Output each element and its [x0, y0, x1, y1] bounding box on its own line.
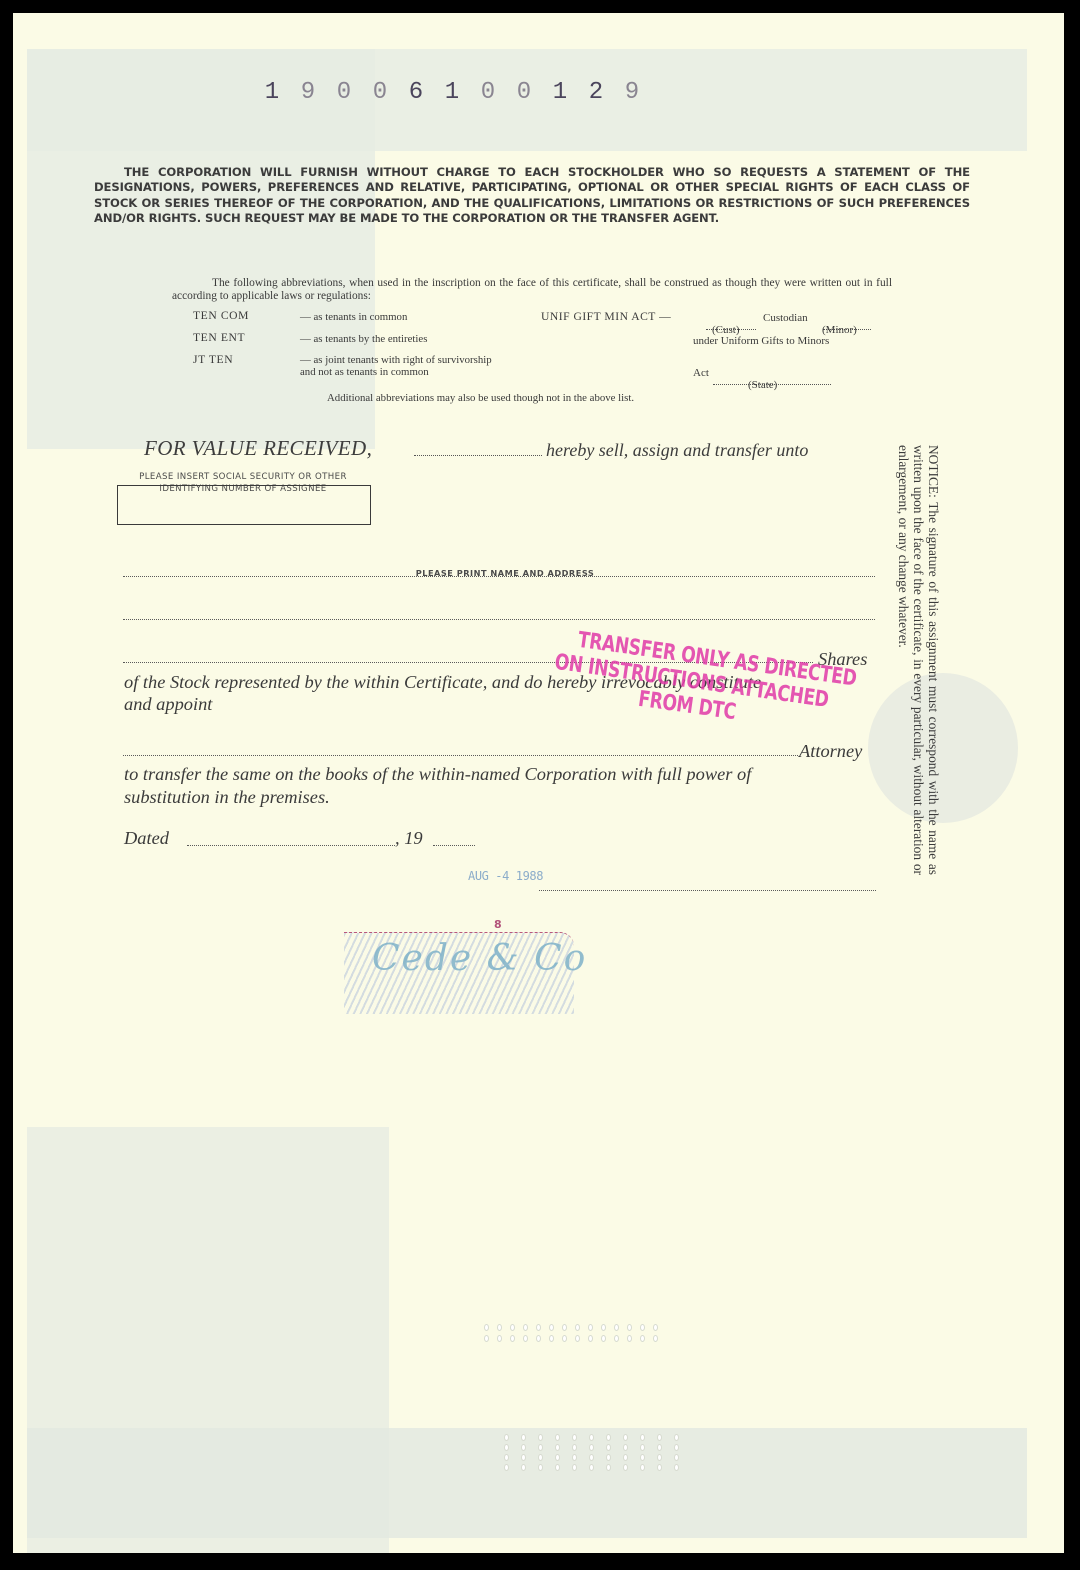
serial-digit: 1	[261, 79, 283, 106]
signature-notice: NOTICE: The signature of this assignment…	[896, 445, 940, 875]
and-appoint-text: and appoint	[124, 693, 212, 715]
transfer-books-text-2: substitution in the premises.	[124, 786, 330, 808]
serial-number: 1 9 0 0 6 1 0 0 1 2 9	[261, 79, 681, 149]
unif-gift-label: UNIF GIFT MIN ACT —	[541, 311, 671, 323]
serial-digit: 9	[621, 79, 643, 106]
perforation-marks-lower	[505, 1435, 680, 1470]
signature-mark: 8	[494, 918, 502, 931]
serial-digit: 0	[333, 79, 355, 106]
attorney-label: Attorney	[799, 740, 862, 762]
serial-digit: 0	[477, 79, 499, 106]
act-label: Act	[693, 367, 709, 379]
print-name-address-label: PLEASE PRINT NAME AND ADDRESS	[380, 568, 630, 578]
attorney-line[interactable]	[123, 755, 798, 756]
perforation-marks-upper	[485, 1325, 659, 1341]
serial-digit: 1	[441, 79, 463, 106]
year-prefix: , 19	[395, 827, 423, 849]
abbr-additional: Additional abbreviations may also be use…	[327, 392, 634, 404]
custodian-label: Custodian	[763, 312, 808, 324]
ssn-label-line-1: PLEASE INSERT SOCIAL SECURITY OR OTHER	[113, 472, 373, 484]
abbr-code-ten-com: TEN COM	[193, 310, 249, 322]
abbreviations-intro: The following abbreviations, when used i…	[172, 277, 892, 302]
serial-digit: 2	[585, 79, 607, 106]
serial-digit: 0	[513, 79, 535, 106]
transfer-books-text-1: to transfer the same on the books of the…	[124, 763, 751, 785]
signature-line[interactable]	[539, 890, 876, 891]
serial-digit: 6	[405, 79, 427, 106]
name-address-line-2[interactable]	[123, 619, 875, 620]
serial-digit: 0	[369, 79, 391, 106]
uniform-gifts-caption: under Uniform Gifts to Minors	[693, 335, 829, 347]
dated-label: Dated	[124, 827, 169, 849]
serial-digit: 9	[297, 79, 319, 106]
furnish-statement: THE CORPORATION WILL FURNISH WITHOUT CHA…	[94, 165, 970, 227]
year-field[interactable]	[433, 845, 475, 846]
serial-digit: 1	[549, 79, 571, 106]
cede-co-signature: Cede & Co	[372, 938, 587, 979]
for-value-received: FOR VALUE RECEIVED,	[144, 436, 372, 461]
abbr-meaning-ten-com: — as tenants in common	[300, 311, 520, 323]
abbr-meaning-jt-ten: — as joint tenants with right of survivo…	[300, 355, 508, 378]
state-caption: (State)	[748, 379, 777, 391]
abbr-meaning-ten-ent: — as tenants by the entireties	[300, 333, 520, 345]
ssn-input-box[interactable]	[117, 485, 371, 525]
date-field[interactable]	[187, 845, 395, 846]
abbr-code-ten-ent: TEN ENT	[193, 332, 245, 344]
hereby-transfer-text: hereby sell, assign and transfer unto	[546, 440, 808, 461]
assignor-field[interactable]	[414, 455, 542, 456]
abbr-code-jt-ten: JT TEN	[193, 354, 233, 366]
date-received-stamp: AUG -4 1988	[468, 869, 543, 883]
